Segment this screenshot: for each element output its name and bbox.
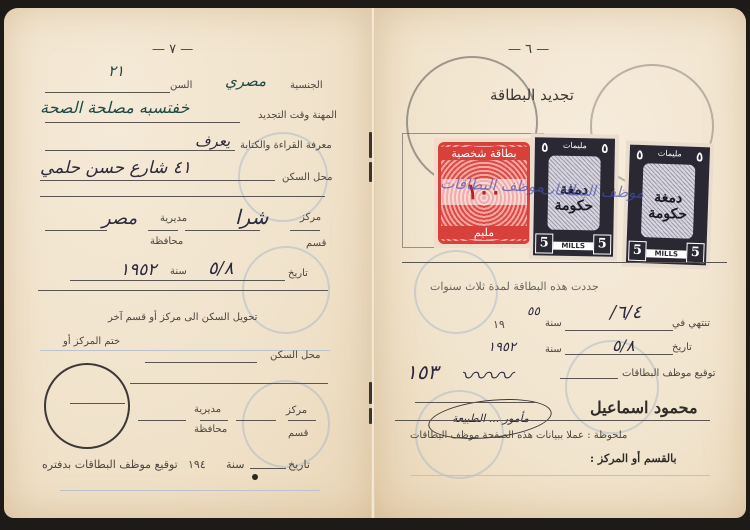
expiry-date: ٦/٤/ [610,302,641,323]
stamp-text: مليمات [648,148,692,159]
stamp-corner-value: 5 [535,233,553,253]
stamp-label: ختم المركز أو [63,336,120,347]
markaz-label-2: مركز [286,405,307,416]
field-line [145,362,257,363]
field-line [236,420,276,421]
staple-icon [369,382,372,404]
faint-seal [242,380,330,468]
right-page-number: — ٦ — [508,42,549,57]
field-line [402,262,727,263]
footer-date-label: تاريخ [288,458,310,471]
footer-signature-label: توقيع موظف البطاقات بدفتره [42,458,178,471]
stamp-corner-value: 5 [686,243,705,264]
field-line [40,196,325,197]
field-line [138,420,186,421]
field-line [130,383,328,384]
mudiriya-value: مصر [102,208,137,229]
field-line [415,402,535,403]
margin-number: ١٥٣ [406,360,438,384]
mudiriya-label: مديرية [160,213,187,224]
expiry-year-label: سنة [545,318,562,329]
field-line [290,230,320,231]
field-line [565,354,673,355]
age-value: ٢١ [108,62,124,80]
mudiriya-label-2: مديرية [194,404,221,415]
literacy-value: يعرف [195,132,230,150]
id-card-booklet: — ٧ — الجنسية مصري السن ٢١ المهنة وقت ال… [0,0,750,530]
transfer-heading: تحويل السكن الى مركز أو قسم آخر [108,312,257,323]
renewal-text: جددت هذه البطاقة لمدة ثلاث سنوات [430,280,599,293]
cancellation-ink: موظف البطاقات [440,174,545,196]
markaz-label: مركز [300,212,321,223]
stamp-corner-value: 5 [628,241,647,262]
faint-line [60,490,320,491]
field-line [560,378,618,379]
field-line [185,230,260,231]
residence-label: محل السكن [282,172,332,183]
stamp-corner-value: ٥ [691,149,708,168]
field-line [38,290,328,291]
renewal-date: ٥/٨ [612,336,635,355]
literacy-label: معرفة القراءة والكتابة [240,140,332,151]
age-label: السن [170,80,192,91]
ink-dot [252,474,258,480]
muhafza-label: محافظة [150,236,183,247]
faint-line [410,475,710,476]
occupation-label: المهنة وقت التجديد [258,110,337,121]
official-seal-text: مأمور ... الطبيعة [452,412,529,425]
stamp-corner-value: ٥ [631,147,648,166]
nationality-value: مصري [225,72,266,90]
stamp-corner-value: 5 [593,234,611,254]
signature-label: توقيع موظف البطاقات [622,368,716,379]
staple-icon [369,408,372,424]
expiry-label: تنتهي في [672,318,710,329]
qism-label: قسم [306,238,326,249]
renewal-date-label: تاريخ [672,342,692,353]
muhafza-label-2: محافظة [194,424,227,435]
field-line [45,122,240,123]
nationality-label: الجنسية [290,80,323,91]
stamp-corner-value: ٥ [537,139,553,157]
field-line [395,420,710,421]
note-text: ملحوظة : عملا ببيانات هذه الصفحة موظف ال… [410,430,627,441]
date-label: تاريخ [288,268,308,279]
staple-icon [369,132,372,158]
stamp-text: بطاقة شخصية [441,147,527,160]
renewal-year-label: سنة [545,344,562,355]
field-line [45,150,235,151]
year-label: سنة [170,266,187,277]
date-value: ٥/٨ [208,258,233,279]
cancellation-ink: موظف البطاقات [540,180,645,202]
seal-circle [44,363,130,449]
field-line [200,420,228,421]
stamp-center-text: دمغة حكومة [641,189,694,223]
expiry-year-prefix: ١٩ [493,318,505,331]
staple-icon [369,162,372,182]
field-line [70,280,285,281]
year-value: ١٩٥٢ [120,260,157,280]
footer-year: ١٩٤ [188,458,206,471]
note-text-2: بالقسم أو المركز : [590,452,677,465]
renewal-title: تجديد البطاقة [490,86,574,104]
footer-year-label: سنة [226,458,244,471]
stamp-unit: MILLS [646,249,686,258]
residence-label-2: محل السكن [270,350,320,361]
officer-signature: 〰〰 [460,356,512,393]
field-line [250,468,286,469]
qism-label-2: قسم [288,428,308,439]
expiry-year-suffix: ٥٥ [527,304,540,318]
residence-value: ٤١ شارع حسن حلمي [40,158,191,178]
field-line [565,330,673,331]
field-line [148,230,178,231]
renewal-year: ١٩٥٢ [488,340,516,355]
markaz-value: شرا [235,205,268,229]
stamp-text: مليمات [553,141,597,151]
occupation-value: خفتسبه مصلحة الصحة [40,98,189,117]
officer-name: محمود اسماعيل [590,398,698,417]
stamp-unit: MILLS [553,242,593,251]
field-line [70,403,125,404]
field-line [40,180,275,181]
field-line [288,420,316,421]
left-page-number: — ٧ — [152,42,193,57]
stamp-corner-value: ٥ [597,140,613,158]
field-line [45,230,107,231]
booklet-spine [371,8,375,518]
stamp-unit: مليم [441,226,527,239]
field-line [45,92,170,93]
postage-stamp-5-mills: ٥ مليمات ٥ دمغة حكومة 5 MILLS 5 [622,141,714,270]
